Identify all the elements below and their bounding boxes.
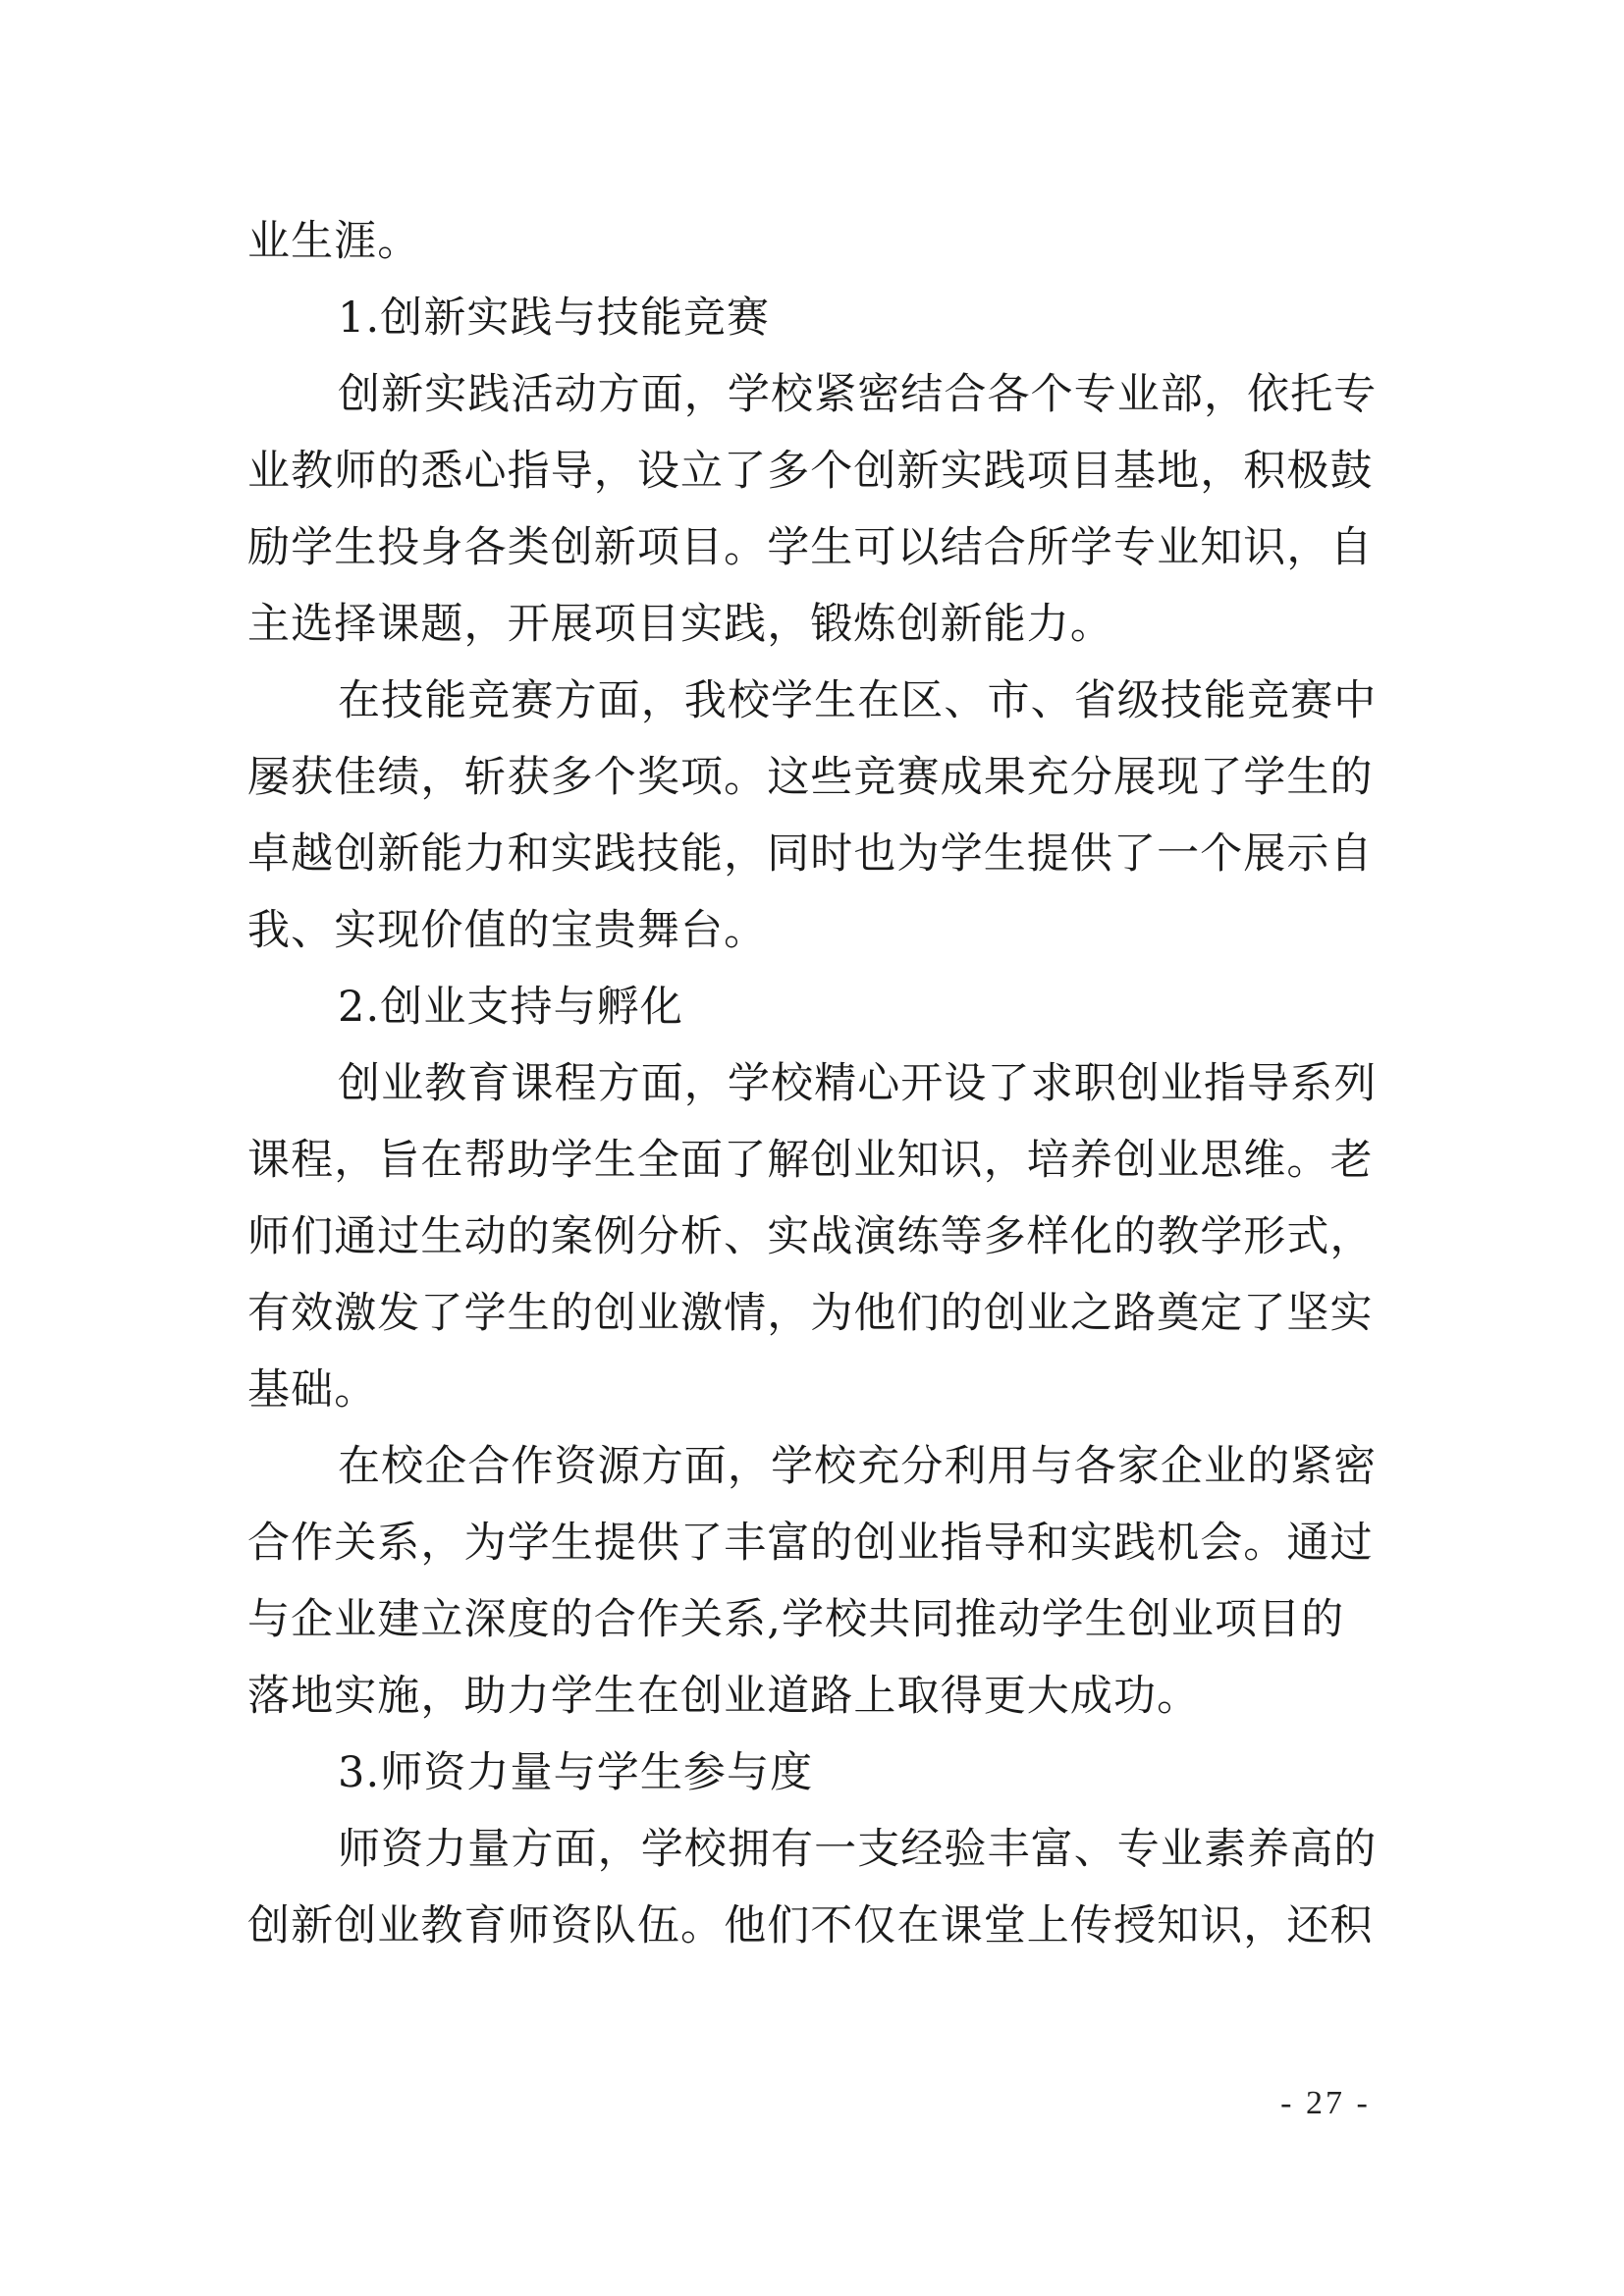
- text-line: 创业教育课程方面，学校精心开设了求职创业指导系列: [247, 1045, 1379, 1122]
- text-line: 业教师的悉心指导，设立了多个创新实践项目基地，积极鼓: [247, 433, 1379, 509]
- text-line: 卓越创新能力和实践技能，同时也为学生提供了一个展示自: [247, 816, 1379, 892]
- text-line: 创新创业教育师资队伍。他们不仅在课堂上传授知识，还积: [247, 1888, 1379, 1964]
- body-text: 业生涯。 1.创新实践与技能竞赛 创新实践活动方面，学校紧密结合各个专业部，依托…: [247, 203, 1379, 1964]
- section-heading-2: 2.创业支持与孵化: [247, 969, 1379, 1045]
- text-line: 创新实践活动方面，学校紧密结合各个专业部，依托专: [247, 356, 1379, 433]
- text-line: 有效激发了学生的创业激情，为他们的创业之路奠定了坚实: [247, 1275, 1379, 1352]
- text-line: 主选择课题，开展项目实践，锻炼创新能力。: [247, 586, 1379, 663]
- text-line: 师资力量方面，学校拥有一支经验丰富、专业素养高的: [247, 1811, 1379, 1888]
- page-number: - 27 -: [1262, 2079, 1389, 2128]
- text-line: 在校企合作资源方面，学校充分利用与各家企业的紧密: [247, 1428, 1379, 1505]
- text-line: 合作关系，为学生提供了丰富的创业指导和实践机会。通过: [247, 1505, 1379, 1581]
- section-heading-3: 3.师资力量与学生参与度: [247, 1735, 1379, 1811]
- text-line: 我、实现价值的宝贵舞台。: [247, 892, 1379, 969]
- text-line: 励学生投身各类创新项目。学生可以结合所学专业知识，自: [247, 509, 1379, 586]
- text-line: 落地实施，助力学生在创业道路上取得更大成功。: [247, 1658, 1379, 1735]
- text-line: 在技能竞赛方面，我校学生在区、市、省级技能竞赛中: [247, 663, 1379, 739]
- text-line: 与企业建立深度的合作关系,学校共同推动学生创业项目的: [247, 1581, 1379, 1658]
- text-line: 业生涯。: [247, 203, 1379, 280]
- text-line: 基础。: [247, 1352, 1379, 1428]
- text-line: 屡获佳绩，斩获多个奖项。这些竞赛成果充分展现了学生的: [247, 739, 1379, 816]
- section-heading-1: 1.创新实践与技能竞赛: [247, 280, 1379, 356]
- text-line: 师们通过生动的案例分析、实战演练等多样化的教学形式，: [247, 1199, 1379, 1275]
- text-line: 课程，旨在帮助学生全面了解创业知识，培养创业思维。老: [247, 1122, 1379, 1199]
- document-page: 业生涯。 1.创新实践与技能竞赛 创新实践活动方面，学校紧密结合各个专业部，依托…: [0, 0, 1624, 2296]
